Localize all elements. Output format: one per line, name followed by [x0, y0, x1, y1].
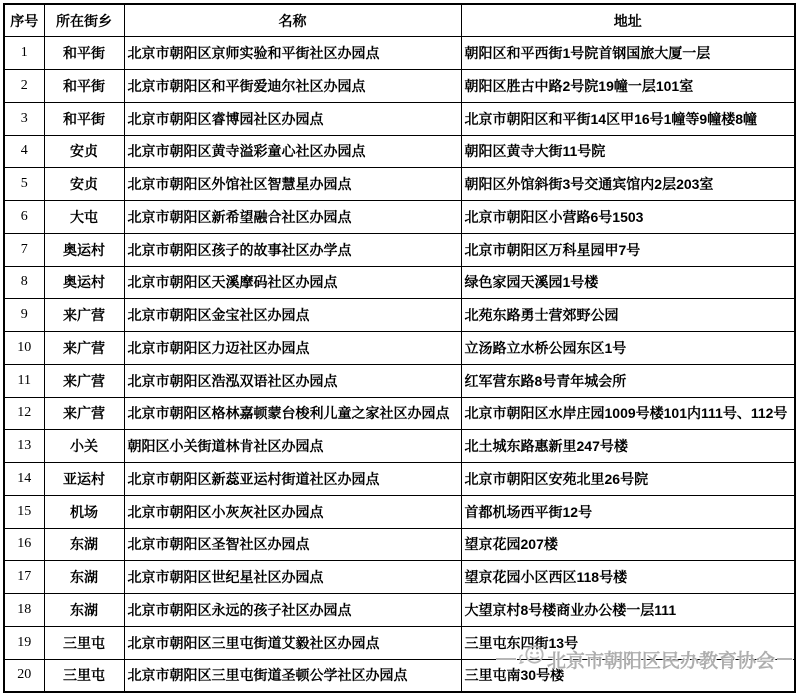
name-cell: 北京市朝阳区浩泓双语社区办园点 — [124, 364, 461, 397]
address-cell: 三里屯南30号楼 — [461, 659, 795, 692]
district-cell: 东湖 — [44, 528, 124, 561]
table-row: 5安贞北京市朝阳区外馆社区智慧星办园点朝阳区外馆斜街3号交通宾馆内2层203室 — [4, 168, 795, 201]
district-cell: 安贞 — [44, 168, 124, 201]
name-cell: 北京市朝阳区金宝社区办园点 — [124, 299, 461, 332]
name-cell: 北京市朝阳区京师实验和平街社区办园点 — [124, 37, 461, 70]
district-cell: 东湖 — [44, 561, 124, 594]
row-number-cell: 11 — [4, 364, 44, 397]
document-sheet: 序号 所在街乡 名称 地址 1和平街北京市朝阳区京师实验和平街社区办园点朝阳区和… — [0, 0, 797, 694]
address-cell: 红军营东路8号青年城会所 — [461, 364, 795, 397]
row-number-cell: 7 — [4, 233, 44, 266]
row-number-cell: 1 — [4, 37, 44, 70]
name-cell: 北京市朝阳区黄寺溢彩童心社区办园点 — [124, 135, 461, 168]
row-number-cell: 10 — [4, 332, 44, 365]
name-cell: 朝阳区小关街道林肯社区办园点 — [124, 430, 461, 463]
table-row: 12来广营北京市朝阳区格林嘉顿蒙台梭利儿童之家社区办园点北京市朝阳区水岸庄园10… — [4, 397, 795, 430]
row-number-cell: 19 — [4, 626, 44, 659]
name-cell: 北京市朝阳区和平街爱迪尔社区办园点 — [124, 70, 461, 103]
address-cell: 三里屯东四街13号 — [461, 626, 795, 659]
table-row: 20三里屯北京市朝阳区三里屯街道圣顿公学社区办园点三里屯南30号楼 — [4, 659, 795, 692]
name-cell: 北京市朝阳区格林嘉顿蒙台梭利儿童之家社区办园点 — [124, 397, 461, 430]
table-row: 7奥运村北京市朝阳区孩子的故事社区办学点北京市朝阳区万科星园甲7号 — [4, 233, 795, 266]
column-header-district: 所在街乡 — [44, 4, 124, 37]
address-cell: 北京市朝阳区小营路6号1503 — [461, 201, 795, 234]
district-cell: 机场 — [44, 495, 124, 528]
name-cell: 北京市朝阳区外馆社区智慧星办园点 — [124, 168, 461, 201]
address-cell: 望京花园207楼 — [461, 528, 795, 561]
row-number-cell: 2 — [4, 70, 44, 103]
table-row: 3和平街北京市朝阳区睿博园社区办园点北京市朝阳区和平街14区甲16号1幢等9幢楼… — [4, 102, 795, 135]
column-header-number: 序号 — [4, 4, 44, 37]
address-cell: 北京市朝阳区和平街14区甲16号1幢等9幢楼8幢 — [461, 102, 795, 135]
district-cell: 和平街 — [44, 37, 124, 70]
district-cell: 奥运村 — [44, 266, 124, 299]
district-cell: 和平街 — [44, 70, 124, 103]
table-row: 4安贞北京市朝阳区黄寺溢彩童心社区办园点朝阳区黄寺大街11号院 — [4, 135, 795, 168]
district-cell: 和平街 — [44, 102, 124, 135]
row-number-cell: 14 — [4, 463, 44, 496]
address-cell: 绿色家园天溪园1号楼 — [461, 266, 795, 299]
table-row: 6大屯北京市朝阳区新希望融合社区办园点北京市朝阳区小营路6号1503 — [4, 201, 795, 234]
district-cell: 亚运村 — [44, 463, 124, 496]
row-number-cell: 3 — [4, 102, 44, 135]
address-cell: 大望京村8号楼商业办公楼一层111 — [461, 594, 795, 627]
table-row: 9来广营北京市朝阳区金宝社区办园点北苑东路勇士营郊野公园 — [4, 299, 795, 332]
address-cell: 北京市朝阳区万科星园甲7号 — [461, 233, 795, 266]
address-cell: 朝阳区胜古中路2号院19幢一层101室 — [461, 70, 795, 103]
district-cell: 安贞 — [44, 135, 124, 168]
name-cell: 北京市朝阳区新希望融合社区办园点 — [124, 201, 461, 234]
address-cell: 望京花园小区西区118号楼 — [461, 561, 795, 594]
address-cell: 北土城东路惠新里247号楼 — [461, 430, 795, 463]
row-number-cell: 15 — [4, 495, 44, 528]
address-cell: 北京市朝阳区安苑北里26号院 — [461, 463, 795, 496]
table-row: 11来广营北京市朝阳区浩泓双语社区办园点红军营东路8号青年城会所 — [4, 364, 795, 397]
table-row: 1和平街北京市朝阳区京师实验和平街社区办园点朝阳区和平西街1号院首钢国旅大厦一层 — [4, 37, 795, 70]
district-cell: 三里屯 — [44, 626, 124, 659]
table-row: 15机场北京市朝阳区小灰灰社区办园点首都机场西平街12号 — [4, 495, 795, 528]
district-cell: 来广营 — [44, 364, 124, 397]
address-cell: 首都机场西平街12号 — [461, 495, 795, 528]
row-number-cell: 20 — [4, 659, 44, 692]
district-cell: 来广营 — [44, 397, 124, 430]
district-cell: 三里屯 — [44, 659, 124, 692]
address-cell: 朝阳区黄寺大街11号院 — [461, 135, 795, 168]
name-cell: 北京市朝阳区圣智社区办园点 — [124, 528, 461, 561]
name-cell: 北京市朝阳区三里屯街道艾毅社区办园点 — [124, 626, 461, 659]
row-number-cell: 13 — [4, 430, 44, 463]
district-cell: 来广营 — [44, 299, 124, 332]
row-number-cell: 9 — [4, 299, 44, 332]
name-cell: 北京市朝阳区天溪摩码社区办园点 — [124, 266, 461, 299]
table-row: 17东湖北京市朝阳区世纪星社区办园点望京花园小区西区118号楼 — [4, 561, 795, 594]
address-cell: 朝阳区外馆斜街3号交通宾馆内2层203室 — [461, 168, 795, 201]
table-row: 8奥运村北京市朝阳区天溪摩码社区办园点绿色家园天溪园1号楼 — [4, 266, 795, 299]
address-cell: 北苑东路勇士营郊野公园 — [461, 299, 795, 332]
name-cell: 北京市朝阳区孩子的故事社区办学点 — [124, 233, 461, 266]
row-number-cell: 6 — [4, 201, 44, 234]
name-cell: 北京市朝阳区新蕊亚运村街道社区办园点 — [124, 463, 461, 496]
row-number-cell: 17 — [4, 561, 44, 594]
row-number-cell: 12 — [4, 397, 44, 430]
row-number-cell: 18 — [4, 594, 44, 627]
district-cell: 来广营 — [44, 332, 124, 365]
table-row: 19三里屯北京市朝阳区三里屯街道艾毅社区办园点三里屯东四街13号 — [4, 626, 795, 659]
address-cell: 朝阳区和平西街1号院首钢国旅大厦一层 — [461, 37, 795, 70]
table-row: 16东湖北京市朝阳区圣智社区办园点望京花园207楼 — [4, 528, 795, 561]
table-body: 1和平街北京市朝阳区京师实验和平街社区办园点朝阳区和平西街1号院首钢国旅大厦一层… — [4, 37, 795, 692]
table-row: 18东湖北京市朝阳区永远的孩子社区办园点大望京村8号楼商业办公楼一层111 — [4, 594, 795, 627]
row-number-cell: 5 — [4, 168, 44, 201]
table-row: 13小关朝阳区小关街道林肯社区办园点北土城东路惠新里247号楼 — [4, 430, 795, 463]
table-row: 10来广营北京市朝阳区力迈社区办园点立汤路立水桥公园东区1号 — [4, 332, 795, 365]
row-number-cell: 4 — [4, 135, 44, 168]
district-cell: 奥运村 — [44, 233, 124, 266]
district-cell: 东湖 — [44, 594, 124, 627]
name-cell: 北京市朝阳区永远的孩子社区办园点 — [124, 594, 461, 627]
column-header-address: 地址 — [461, 4, 795, 37]
row-number-cell: 8 — [4, 266, 44, 299]
address-cell: 立汤路立水桥公园东区1号 — [461, 332, 795, 365]
address-cell: 北京市朝阳区水岸庄园1009号楼101内111号、112号 — [461, 397, 795, 430]
name-cell: 北京市朝阳区力迈社区办园点 — [124, 332, 461, 365]
name-cell: 北京市朝阳区三里屯街道圣顿公学社区办园点 — [124, 659, 461, 692]
community-kindergarten-table: 序号 所在街乡 名称 地址 1和平街北京市朝阳区京师实验和平街社区办园点朝阳区和… — [3, 3, 796, 693]
district-cell: 大屯 — [44, 201, 124, 234]
row-number-cell: 16 — [4, 528, 44, 561]
table-header-row: 序号 所在街乡 名称 地址 — [4, 4, 795, 37]
table-row: 14亚运村北京市朝阳区新蕊亚运村街道社区办园点北京市朝阳区安苑北里26号院 — [4, 463, 795, 496]
column-header-name: 名称 — [124, 4, 461, 37]
name-cell: 北京市朝阳区世纪星社区办园点 — [124, 561, 461, 594]
name-cell: 北京市朝阳区睿博园社区办园点 — [124, 102, 461, 135]
table-row: 2和平街北京市朝阳区和平街爱迪尔社区办园点朝阳区胜古中路2号院19幢一层101室 — [4, 70, 795, 103]
district-cell: 小关 — [44, 430, 124, 463]
name-cell: 北京市朝阳区小灰灰社区办园点 — [124, 495, 461, 528]
